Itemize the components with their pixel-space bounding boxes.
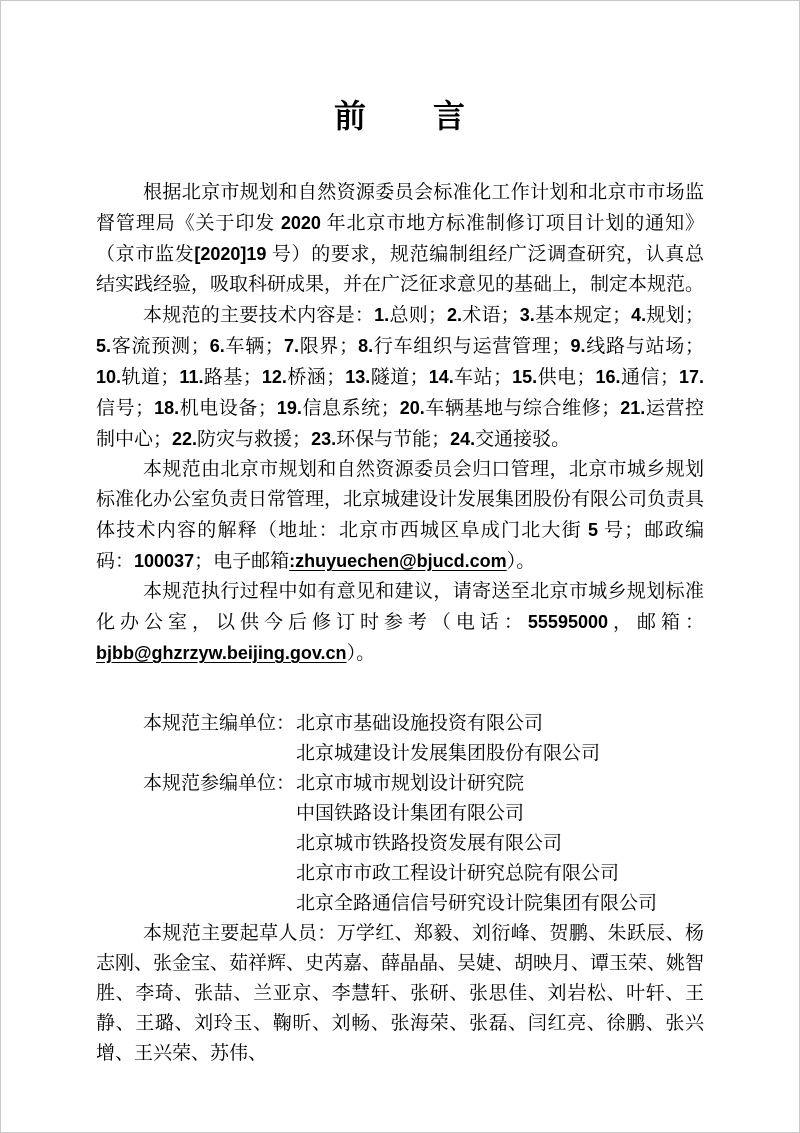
latin-run: 14. xyxy=(429,367,454,387)
latin-run: 2. xyxy=(447,305,462,325)
latin-run: 2020 xyxy=(281,213,321,233)
latin-run: [2020]19 xyxy=(194,244,266,264)
latin-run: 13. xyxy=(345,367,370,387)
label-spacer xyxy=(143,859,296,889)
chief-editor-label: 本规范主编单位： xyxy=(143,709,296,739)
participating-editor-unit: 北京城市铁路投资发展有限公司 xyxy=(296,829,704,859)
editing-units-section: 本规范主编单位： 北京市基础设施投资有限公司 北京城建设计发展集团股份有限公司 … xyxy=(96,709,704,919)
chief-editor-row: 本规范主编单位： 北京市基础设施投资有限公司 xyxy=(96,709,704,739)
feedback-text: 本规范执行过程中如有意见和建议，请寄送至北京市城乡规划标准化办公室，以供今后修订… xyxy=(96,581,704,633)
latin-run: 17. xyxy=(679,367,704,387)
latin-run: 19. xyxy=(277,398,302,418)
latin-run: 23. xyxy=(311,429,336,449)
participating-editor-label: 本规范参编单位： xyxy=(143,769,296,799)
participating-editor-row: 北京城市铁路投资发展有限公司 xyxy=(96,829,704,859)
preface-paragraph-feedback: 本规范执行过程中如有意见和建议，请寄送至北京市城乡规划标准化办公室，以供今后修订… xyxy=(96,577,704,669)
latin-run: 5. xyxy=(96,336,111,356)
preface-paragraph-basis: 根据北京市规划和自然资源委员会标准化工作计划和北京市市场监督管理局《关于印发 2… xyxy=(96,178,704,300)
participating-editor-row: 北京市市政工程设计研究总院有限公司 xyxy=(96,859,704,889)
drafters-names: 万学红、郑毅、刘衍峰、贺鹏、朱跃辰、杨志刚、张金宝、茹祥辉、史芮嘉、薛晶晶、吴婕… xyxy=(96,923,704,1064)
latin-run: 18. xyxy=(154,398,179,418)
label-spacer xyxy=(143,889,296,919)
participating-editor-unit: 北京市市政工程设计研究总院有限公司 xyxy=(296,859,704,889)
latin-run: 1. xyxy=(374,305,389,325)
label-spacer xyxy=(143,829,296,859)
preface-paragraph-management: 本规范由北京市规划和自然资源委员会归口管理，北京市城乡规划标准化办公室负责日常管… xyxy=(96,455,704,577)
management-text-end: ）。 xyxy=(507,551,536,572)
latin-run: 8. xyxy=(358,336,373,356)
latin-run: 16. xyxy=(596,367,621,387)
drafters-label: 本规范主要起草人员： xyxy=(143,923,337,944)
latin-run: 9. xyxy=(571,336,586,356)
email-link[interactable]: bjbb@ghzrzyw.beijing.gov.cn xyxy=(96,643,347,663)
latin-run: 55595000 xyxy=(528,612,608,632)
drafters-paragraph: 本规范主要起草人员：万学红、郑毅、刘衍峰、贺鹏、朱跃辰、杨志刚、张金宝、茹祥辉、… xyxy=(96,919,704,1069)
chief-editor-unit: 北京市基础设施投资有限公司 xyxy=(296,709,704,739)
participating-editor-unit: 北京全路通信信号研究设计院集团有限公司 xyxy=(296,889,704,919)
document-page: 前 言 根据北京市规划和自然资源委员会标准化工作计划和北京市市场监督管理局《关于… xyxy=(0,0,800,1133)
latin-run: 10. xyxy=(96,367,121,387)
latin-run: 11. xyxy=(179,367,203,387)
latin-run: 3. xyxy=(520,305,535,325)
latin-run: 6. xyxy=(210,336,225,356)
participating-editor-row: 本规范参编单位： 北京市城市规划设计研究院 xyxy=(96,769,704,799)
page-title: 前 言 xyxy=(96,96,704,136)
latin-run: 21. xyxy=(620,398,645,418)
latin-run: 22. xyxy=(172,429,197,449)
feedback-text-end: ）。 xyxy=(347,643,376,664)
latin-run: 15. xyxy=(512,367,537,387)
latin-run: 5 xyxy=(588,520,598,540)
latin-run: 4. xyxy=(631,305,646,325)
latin-run: 100037 xyxy=(134,551,194,571)
email-link[interactable]: :zhuyuechen@bjucd.com xyxy=(289,551,507,571)
latin-run: 24. xyxy=(450,429,475,449)
latin-run: 20. xyxy=(400,398,425,418)
chief-editor-unit: 北京城建设计发展集团股份有限公司 xyxy=(296,739,704,769)
preface-paragraph-contents: 本规范的主要技术内容是：1.总则；2.术语；3.基本规定；4.规划；5.客流预测… xyxy=(96,300,704,455)
label-spacer xyxy=(143,799,296,829)
participating-editor-unit: 北京市城市规划设计研究院 xyxy=(296,769,704,799)
label-spacer xyxy=(143,739,296,769)
latin-run: 12. xyxy=(262,367,287,387)
participating-editor-row: 北京全路通信信号研究设计院集团有限公司 xyxy=(96,889,704,919)
chief-editor-row: 北京城建设计发展集团股份有限公司 xyxy=(96,739,704,769)
participating-editor-unit: 中国铁路设计集团有限公司 xyxy=(296,799,704,829)
participating-editor-row: 中国铁路设计集团有限公司 xyxy=(96,799,704,829)
latin-run: 7. xyxy=(284,336,299,356)
